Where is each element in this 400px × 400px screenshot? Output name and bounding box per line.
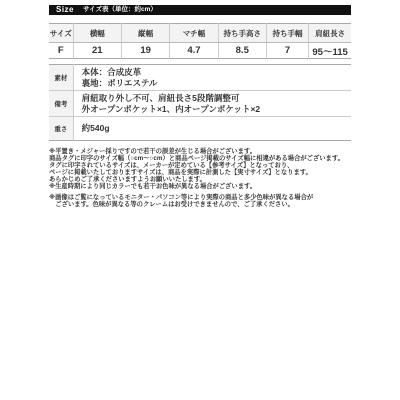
note-line: ※生産時期により同じカラーでも若干お色味が異なる場合がございます。 xyxy=(49,183,351,190)
size-table: サイズ 横幅 縦幅 マチ幅 持ち手高さ 持ち手幅 肩紐長さ F 21 19 4.… xyxy=(49,23,351,59)
size-table-value-row: F 21 19 4.7 8.5 7 95～115 xyxy=(49,43,351,59)
remarks-row: 備考 肩紐取り外し不可、肩紐長さ5段階調整可 外オープンポケット×1、内オープン… xyxy=(49,91,351,117)
material-value: 本体：合成皮革 裏地：ポリエステル xyxy=(73,65,351,91)
material-label: 素材 xyxy=(49,65,73,91)
handle-height-value: 8.5 xyxy=(218,43,266,59)
weight-line-1: 約540g xyxy=(82,123,343,134)
material-line-2: 裏地：ポリエステル xyxy=(82,78,343,89)
strap-length-value: 95～115 xyxy=(309,43,351,59)
section-title-en: Size xyxy=(56,6,74,14)
note-line: ページに掲載いたしておりますサイズは、商品を実際に計測した【実寸サイズ】となりま… xyxy=(49,169,351,176)
remarks-value: 肩紐取り外し不可、肩紐長さ5段階調整可 外オープンポケット×1、内オープンポケッ… xyxy=(73,91,351,117)
section-title-jp: サイズ表（単位：約cm） xyxy=(83,7,157,14)
size-value: F xyxy=(49,43,73,59)
column-header-gusset: マチ幅 xyxy=(170,24,218,43)
note-line: 商品タグに印字のサイズ幅（○cm～○cm）と商品ページ掲載のサイズ幅に相違がある… xyxy=(49,155,351,162)
material-line-1: 本体：合成皮革 xyxy=(82,67,343,78)
note-line: ※平置き・メジャー採りですので若干の誤差が生じる場合がございます。 xyxy=(49,148,351,155)
note-line: ※画像はご覧になっているモニター・パソコン等により実際の商品と多少色味が異なる場… xyxy=(49,194,351,201)
width-value: 21 xyxy=(73,43,121,59)
gusset-value: 4.7 xyxy=(170,43,218,59)
column-header-size: サイズ xyxy=(49,24,73,43)
spec-table: 素材 本体：合成皮革 裏地：ポリエステル 備考 肩紐取り外し不可、肩紐長さ5段階… xyxy=(49,64,351,141)
color-disclaimer: ※画像はご覧になっているモニター・パソコン等により実際の商品と多少色味が異なる場… xyxy=(49,194,351,208)
size-table-header-row: サイズ 横幅 縦幅 マチ幅 持ち手高さ 持ち手幅 肩紐長さ xyxy=(49,24,351,43)
column-header-height: 縦幅 xyxy=(121,24,169,43)
weight-value: 約540g xyxy=(73,117,351,141)
measurement-disclaimer: ※平置き・メジャー採りですので若干の誤差が生じる場合がございます。 商品タグに印… xyxy=(49,148,351,190)
column-header-handle-width: 持ち手幅 xyxy=(266,24,308,43)
note-line: タグに印字されているサイズは、メーカーが定めている【参考サイズ】となっており、 xyxy=(49,162,351,169)
remarks-line-2: 外オープンポケット×1、内オープンポケット×2 xyxy=(82,104,343,115)
handle-width-value: 7 xyxy=(266,43,308,59)
column-header-strap-length: 肩紐長さ xyxy=(309,24,351,43)
column-header-handle-height: 持ち手高さ xyxy=(218,24,266,43)
material-row: 素材 本体：合成皮革 裏地：ポリエステル xyxy=(49,65,351,91)
section-title-bar: Size サイズ表（単位：約cm） xyxy=(49,5,351,15)
size-spec-section: Size サイズ表（単位：約cm） サイズ 横幅 縦幅 マチ幅 持ち手高さ 持ち… xyxy=(49,5,351,208)
height-value: 19 xyxy=(121,43,169,59)
weight-row: 重さ 約540g xyxy=(49,117,351,141)
disclaimer-notes: ※平置き・メジャー採りですので若干の誤差が生じる場合がございます。 商品タグに印… xyxy=(49,148,351,208)
remarks-label: 備考 xyxy=(49,91,73,117)
note-line: ございます。色味が異なる等のクレームはお受けできませんので、ご了承ください。 xyxy=(49,201,351,208)
note-line: あらかじめご了承くださいますようお願いいたします。 xyxy=(49,176,351,183)
column-header-width: 横幅 xyxy=(73,24,121,43)
weight-label: 重さ xyxy=(49,117,73,141)
remarks-line-1: 肩紐取り外し不可、肩紐長さ5段階調整可 xyxy=(82,93,343,104)
